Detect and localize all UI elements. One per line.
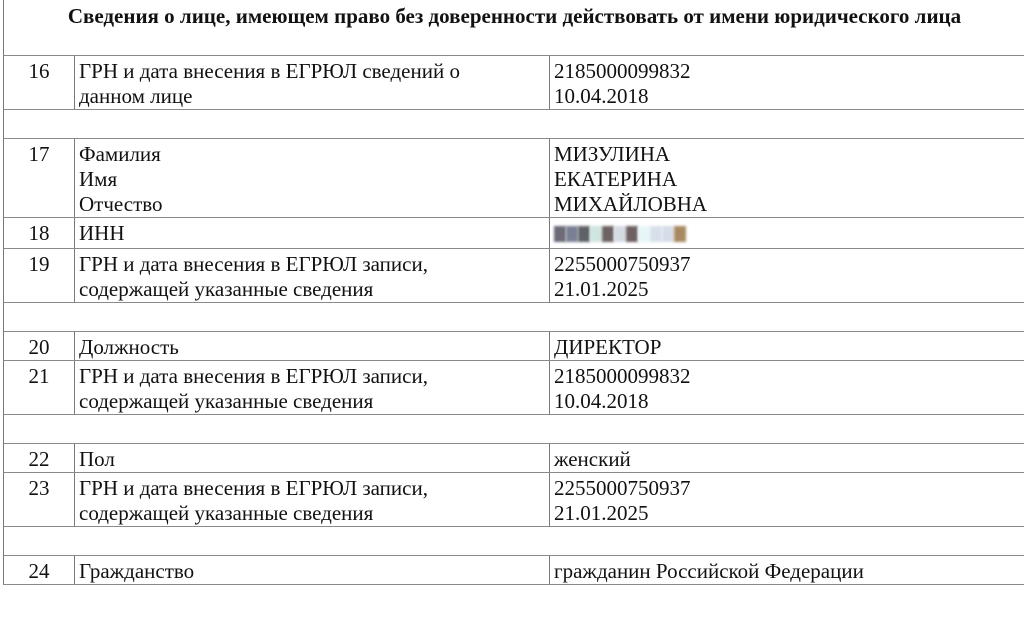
label-line: ГРН и дата внесения в ЕГРЮЛ записи, xyxy=(79,476,549,501)
row-label: ГРН и дата внесения в ЕГРЮЛ записи,содер… xyxy=(75,473,550,526)
row-value: 218500009983210.04.2018 xyxy=(550,56,1024,109)
value-line: женский xyxy=(554,447,1024,472)
section-title: Сведения о лице, имеющем право без довер… xyxy=(3,0,1024,55)
row-label: ГРН и дата внесения в ЕГРЮЛ записи,содер… xyxy=(75,361,550,414)
table-row: 21ГРН и дата внесения в ЕГРЮЛ записи,сод… xyxy=(3,360,1024,414)
label-line: содержащей указанные сведения xyxy=(79,277,549,302)
label-line: данном лице xyxy=(79,84,549,109)
info-table: 16ГРН и дата внесения в ЕГРЮЛ сведений о… xyxy=(3,55,1024,585)
label-line: Гражданство xyxy=(79,559,549,584)
row-value: 225500075093721.01.2025 xyxy=(550,249,1024,302)
row-label: ГРН и дата внесения в ЕГРЮЛ записи,содер… xyxy=(75,249,550,302)
value-line: 2185000099832 xyxy=(554,364,1024,389)
row-number: 16 xyxy=(4,56,75,109)
table-row: 16ГРН и дата внесения в ЕГРЮЛ сведений о… xyxy=(3,55,1024,109)
row-number: 21 xyxy=(4,361,75,414)
row-label: Гражданство xyxy=(75,556,550,584)
spacer-row xyxy=(3,526,1024,555)
table-row: 19ГРН и дата внесения в ЕГРЮЛ записи,сод… xyxy=(3,248,1024,302)
row-value: 218500009983210.04.2018 xyxy=(550,361,1024,414)
label-line: ГРН и дата внесения в ЕГРЮЛ сведений о xyxy=(79,59,549,84)
label-line: Отчество xyxy=(79,192,549,217)
value-line: МИХАЙЛОВНА xyxy=(554,192,1024,217)
value-line: 2185000099832 xyxy=(554,59,1024,84)
table-row: 20ДолжностьДИРЕКТОР xyxy=(3,331,1024,360)
table-row: 24Гражданствогражданин Российской Федера… xyxy=(3,555,1024,585)
value-line: 21.01.2025 xyxy=(554,501,1024,526)
value-line: 10.04.2018 xyxy=(554,84,1024,109)
row-value: женский xyxy=(550,444,1024,472)
row-value: гражданин Российской Федерации xyxy=(550,556,1024,584)
table-row: 18ИНН xyxy=(3,217,1024,248)
value-line: гражданин Российской Федерации xyxy=(554,559,1024,584)
spacer-row xyxy=(3,414,1024,443)
value-line: 21.01.2025 xyxy=(554,277,1024,302)
label-line: содержащей указанные сведения xyxy=(79,501,549,526)
egrul-extract-document: Сведения о лице, имеющем право без довер… xyxy=(3,0,1024,585)
row-value: 225500075093721.01.2025 xyxy=(550,473,1024,526)
label-line: содержащей указанные сведения xyxy=(79,389,549,414)
row-label: Пол xyxy=(75,444,550,472)
row-value: ДИРЕКТОР xyxy=(550,332,1024,360)
value-line: ЕКАТЕРИНА xyxy=(554,167,1024,192)
table-row: 23ГРН и дата внесения в ЕГРЮЛ записи,сод… xyxy=(3,472,1024,526)
row-value: МИЗУЛИНАЕКАТЕРИНАМИХАЙЛОВНА xyxy=(550,139,1024,217)
table-row: 17ФамилияИмяОтчествоМИЗУЛИНАЕКАТЕРИНАМИХ… xyxy=(3,138,1024,217)
row-value xyxy=(550,218,1024,248)
row-label: ГРН и дата внесения в ЕГРЮЛ сведений ода… xyxy=(75,56,550,109)
label-line: Имя xyxy=(79,167,549,192)
label-line: ГРН и дата внесения в ЕГРЮЛ записи, xyxy=(79,252,549,277)
label-line: Фамилия xyxy=(79,142,549,167)
label-line: Должность xyxy=(79,335,549,360)
value-line: 2255000750937 xyxy=(554,476,1024,501)
row-number: 24 xyxy=(4,556,75,584)
value-line: 10.04.2018 xyxy=(554,389,1024,414)
spacer-row xyxy=(3,302,1024,331)
row-label: ФамилияИмяОтчество xyxy=(75,139,550,217)
row-label: Должность xyxy=(75,332,550,360)
table-row: 22Полженский xyxy=(3,443,1024,472)
row-number: 23 xyxy=(4,473,75,526)
redacted-inn-value xyxy=(554,224,686,244)
value-line: ДИРЕКТОР xyxy=(554,335,1024,360)
label-line: ИНН xyxy=(79,221,549,246)
label-line: Пол xyxy=(79,447,549,472)
value-line: 2255000750937 xyxy=(554,252,1024,277)
row-number: 18 xyxy=(4,218,75,248)
row-number: 19 xyxy=(4,249,75,302)
row-number: 22 xyxy=(4,444,75,472)
row-number: 17 xyxy=(4,139,75,217)
row-number: 20 xyxy=(4,332,75,360)
label-line: ГРН и дата внесения в ЕГРЮЛ записи, xyxy=(79,364,549,389)
row-label: ИНН xyxy=(75,218,550,248)
spacer-row xyxy=(3,109,1024,138)
value-line: МИЗУЛИНА xyxy=(554,142,1024,167)
